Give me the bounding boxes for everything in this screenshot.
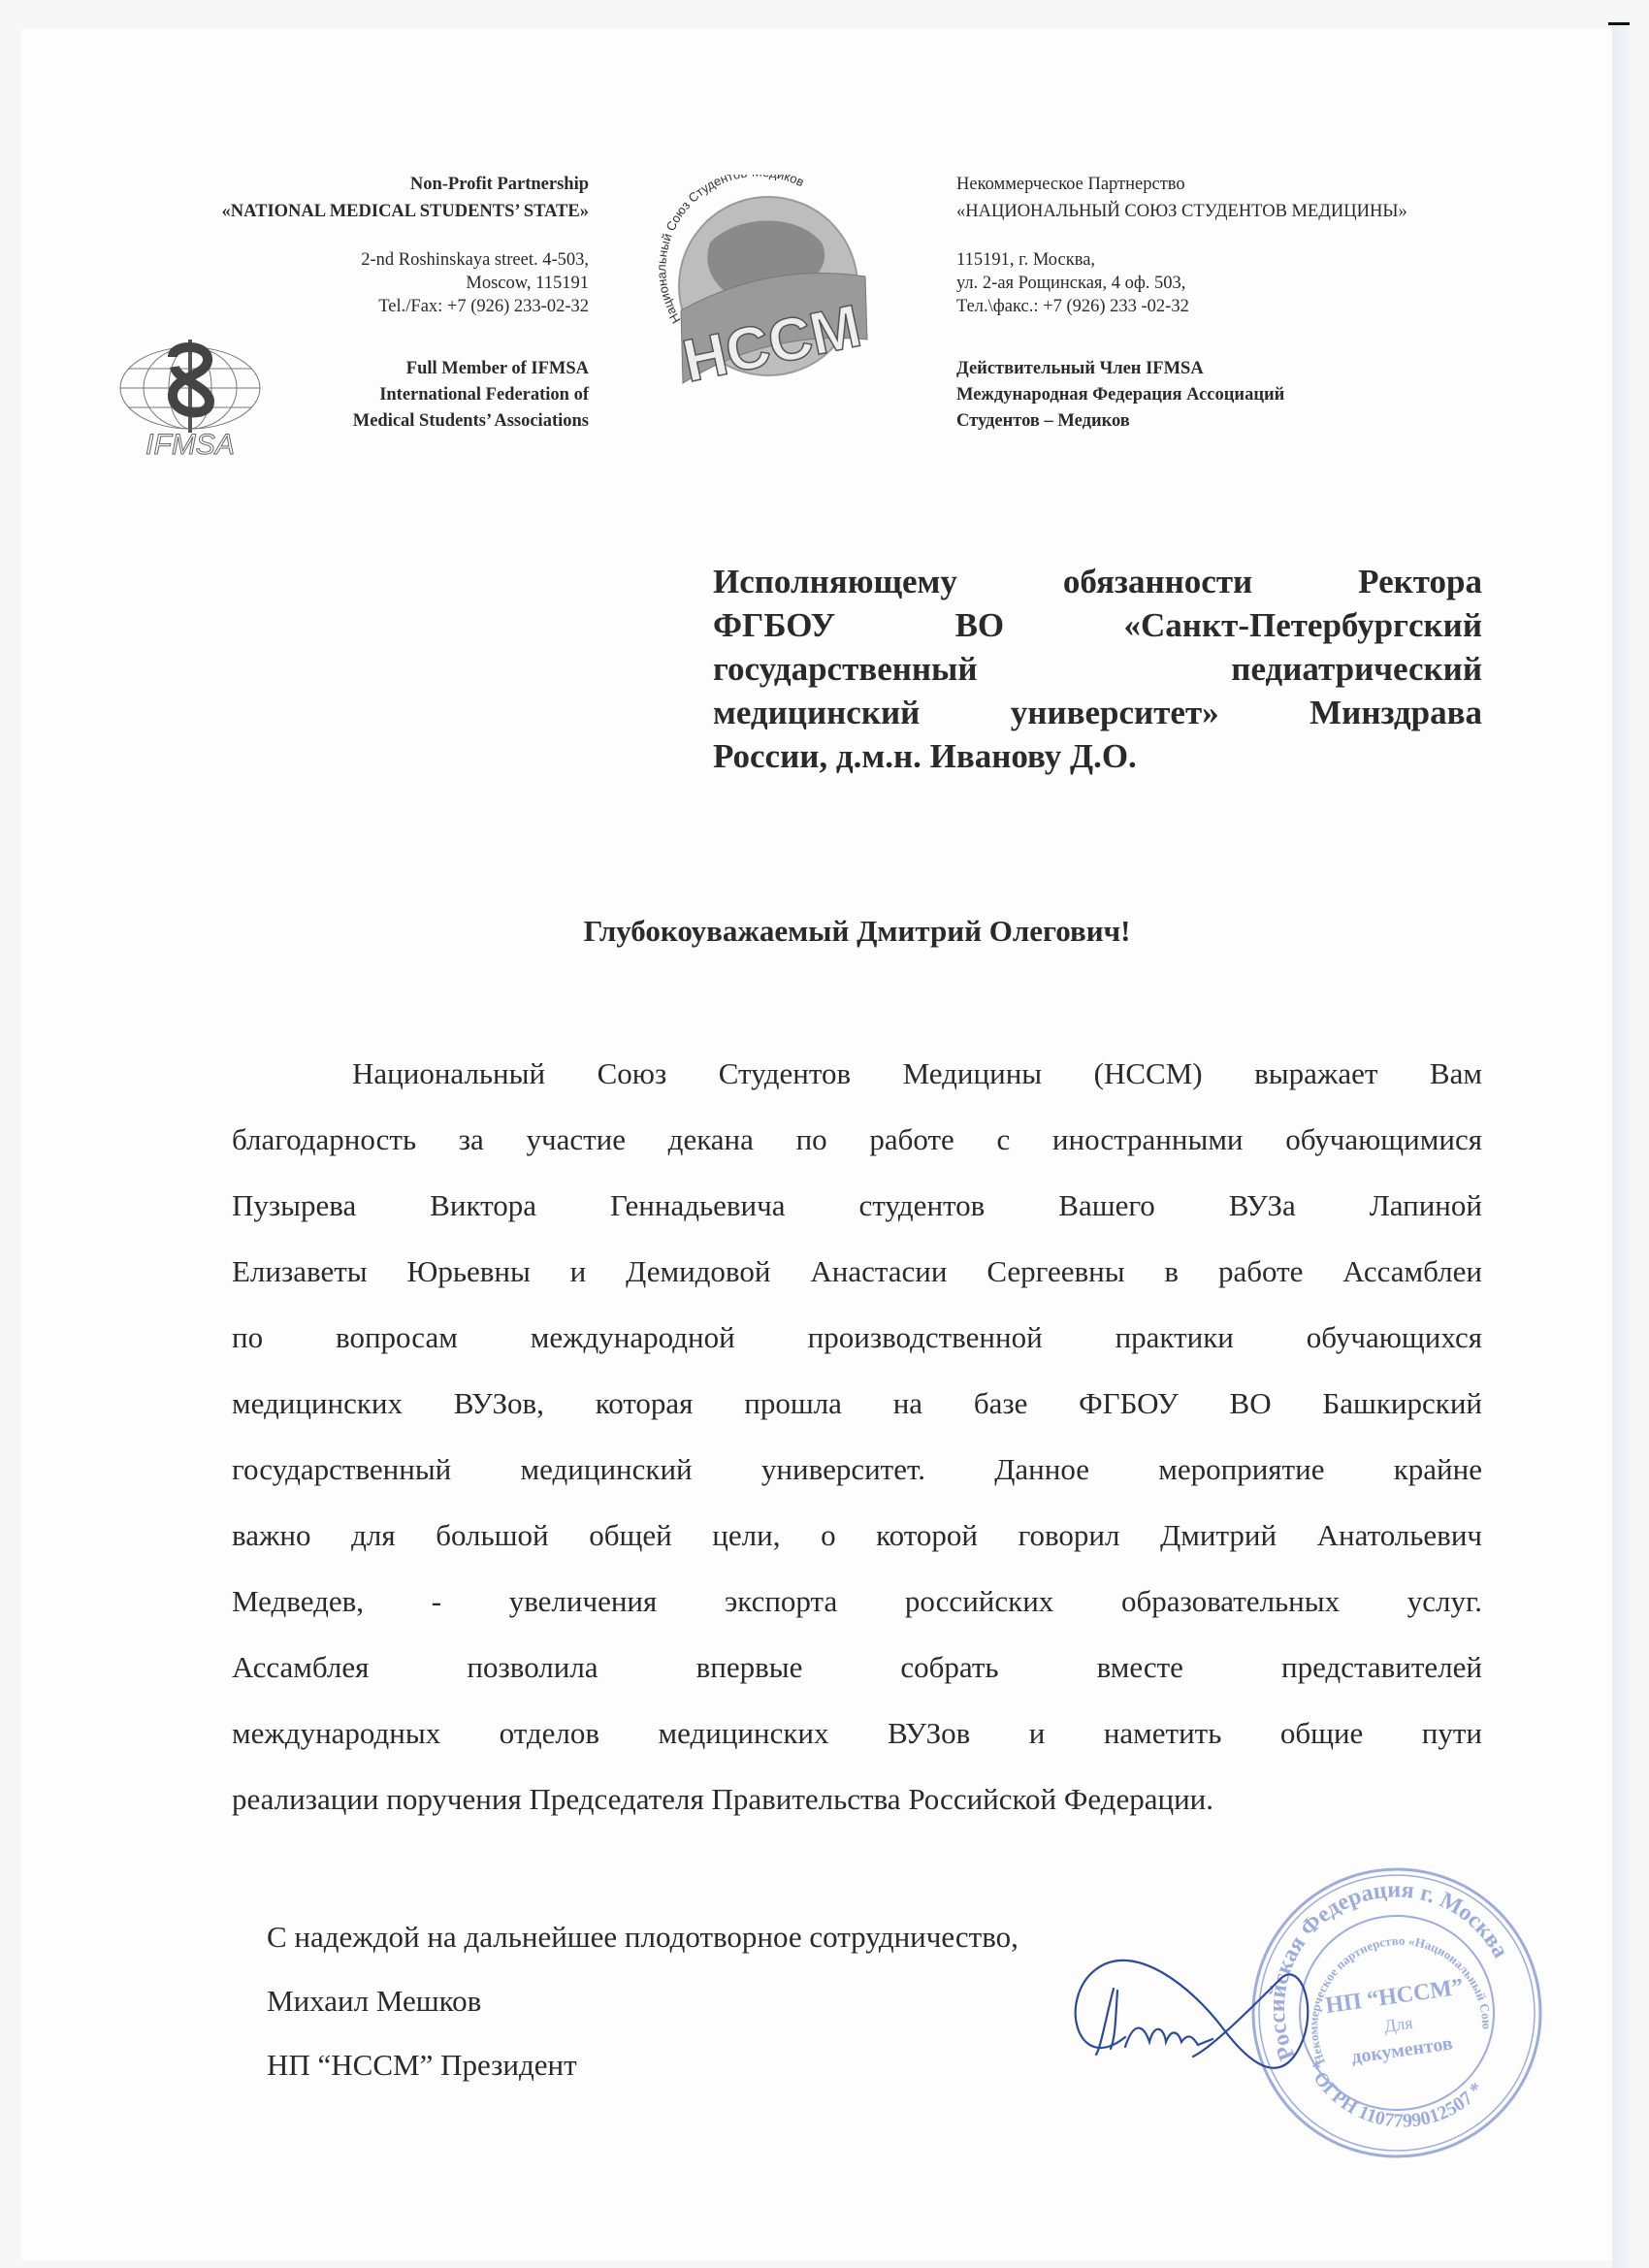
membership-line3-ru: Студентов – Медиков bbox=[956, 409, 1577, 433]
salutation: Глубокоуважаемый Дмитрий Олегович! bbox=[232, 912, 1482, 951]
address-line2-ru: ул. 2-ая Рощинская, 4 оф. 503, bbox=[956, 272, 1577, 295]
membership-line2-ru: Международная Федерация Ассоциаций bbox=[956, 383, 1577, 406]
svg-text:IFMSA: IFMSA bbox=[145, 429, 235, 458]
address-line1-ru: 115191, г. Москва, bbox=[956, 248, 1577, 272]
nssm-logo-icon: Национальный Союз Студентов-Медиков НССМ bbox=[652, 175, 885, 400]
body-line: важно для большой общей цели, о которой … bbox=[232, 1503, 1482, 1569]
address-line2-en: Moscow, 115191 bbox=[116, 272, 589, 295]
ifmsa-logo-icon: IFMSA bbox=[109, 338, 272, 458]
closing-wish: С надеждой на дальнейшее плодотворное со… bbox=[267, 1905, 1018, 1969]
org-type-en: Non-Profit Partnership bbox=[116, 173, 589, 196]
addressee-line: ФГБОУ ВО «Санкт-Петербургский bbox=[713, 603, 1482, 647]
signer-name: Михаил Мешков bbox=[267, 1969, 1018, 2033]
body-line: Медведев, - увеличения экспорта российск… bbox=[232, 1569, 1482, 1635]
svg-text:документов: документов bbox=[1350, 2032, 1454, 2067]
membership-line1-ru: Действительный Член IFMSA bbox=[956, 357, 1577, 380]
body-line: Елизаветы Юрьевны и Демидовой Анастасии … bbox=[232, 1239, 1482, 1305]
svg-text:НП “НССМ”: НП “НССМ” bbox=[1324, 1974, 1466, 2019]
body-line: реализации поручения Председателя Правит… bbox=[232, 1766, 1482, 1832]
letter-body: Национальный Союз Студентов Медицины (НС… bbox=[232, 1041, 1482, 1832]
addressee-line: государственный педиатрический bbox=[713, 647, 1482, 691]
signer-title: НП “НССМ” Президент bbox=[267, 2033, 1018, 2097]
body-line: государственный медицинский университет.… bbox=[232, 1437, 1482, 1503]
addressee-line: Исполняющему обязанности Ректора bbox=[713, 560, 1482, 603]
phone-ru: Тел.\факс.: +7 (926) 233 -02-32 bbox=[956, 295, 1577, 318]
addressee-line: России, д.м.н. Иванову Д.О. bbox=[713, 734, 1482, 778]
paper-edge bbox=[1612, 23, 1630, 2268]
svg-text:Для: Для bbox=[1383, 2013, 1414, 2036]
corner-mark bbox=[1608, 22, 1630, 25]
addressee-block: Исполняющему обязанности Ректора ФГБОУ В… bbox=[713, 560, 1482, 778]
body-line: медицинских ВУЗов, которая прошла на баз… bbox=[232, 1371, 1482, 1437]
phone-en: Tel./Fax: +7 (926) 233-02-32 bbox=[116, 295, 589, 318]
org-type-ru: Некоммерческое Партнерство bbox=[956, 173, 1577, 196]
closing-block: С надеждой на дальнейшее плодотворное со… bbox=[267, 1905, 1018, 2097]
addressee-line: медицинский университет» Минздрава bbox=[713, 691, 1482, 734]
body-line: благодарность за участие декана по работ… bbox=[232, 1107, 1482, 1173]
handwritten-signature-icon bbox=[1057, 1940, 1329, 2086]
body-line: Ассамблея позволила впервые собрать вмес… bbox=[232, 1635, 1482, 1701]
letterhead-russian: Некоммерческое Партнерство «НАЦИОНАЛЬНЫЙ… bbox=[956, 173, 1577, 433]
org-name-en: «NATIONAL MEDICAL STUDENTS’ STATE» bbox=[116, 200, 589, 223]
address-line1-en: 2-nd Roshinskaya street. 4-503, bbox=[116, 248, 589, 272]
body-line: Пузырева Виктора Геннадьевича студентов … bbox=[232, 1173, 1482, 1239]
body-line: международных отделов медицинских ВУЗов … bbox=[232, 1701, 1482, 1766]
body-line: Национальный Союз Студентов Медицины (НС… bbox=[232, 1041, 1482, 1107]
org-name-ru: «НАЦИОНАЛЬНЫЙ СОЮЗ СТУДЕНТОВ МЕДИЦИНЫ» bbox=[956, 200, 1577, 223]
body-line: по вопросам международной производственн… bbox=[232, 1305, 1482, 1371]
